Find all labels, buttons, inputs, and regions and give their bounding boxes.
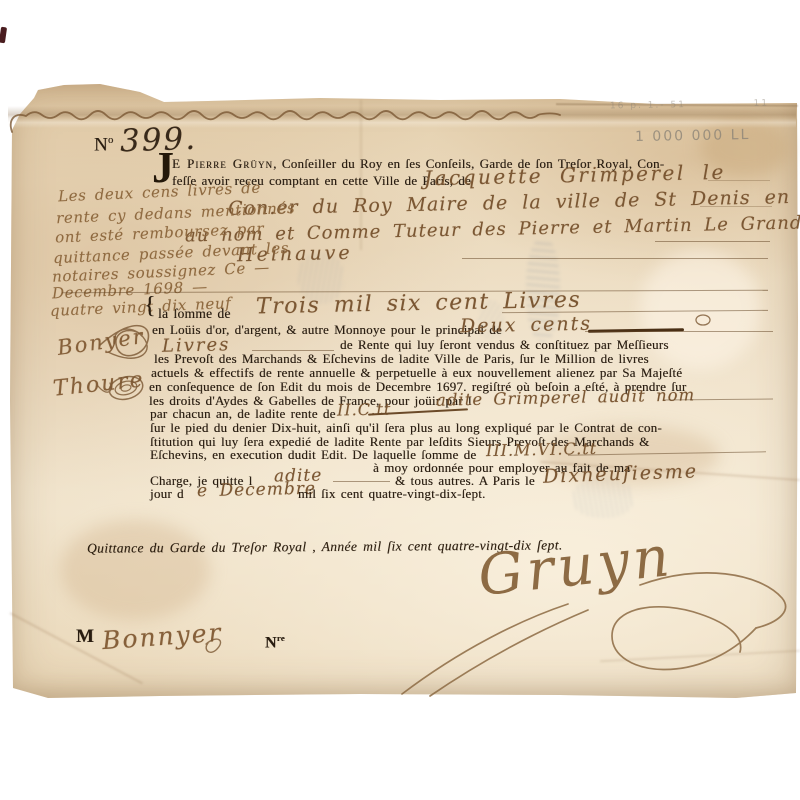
paraph-shell-outer (107, 373, 145, 403)
ink-flourishes (0, 0, 800, 800)
stitch-scribble (11, 111, 560, 132)
paraph-shell-inner (120, 384, 131, 392)
main-signature-flourish-cross-2 (430, 610, 588, 696)
paraph-knot-1 (100, 326, 148, 356)
small-ink-oval (696, 315, 710, 325)
notary-signature-curl (206, 639, 221, 652)
scanned-document-photo: 16 p. 1.- 51 11 1 000 000 LL No 399. J E… (0, 0, 800, 800)
main-signature-flourish-loop (612, 607, 756, 670)
main-signature-flourish-cross-1 (402, 604, 568, 694)
paraph-shell-mid (114, 379, 138, 397)
